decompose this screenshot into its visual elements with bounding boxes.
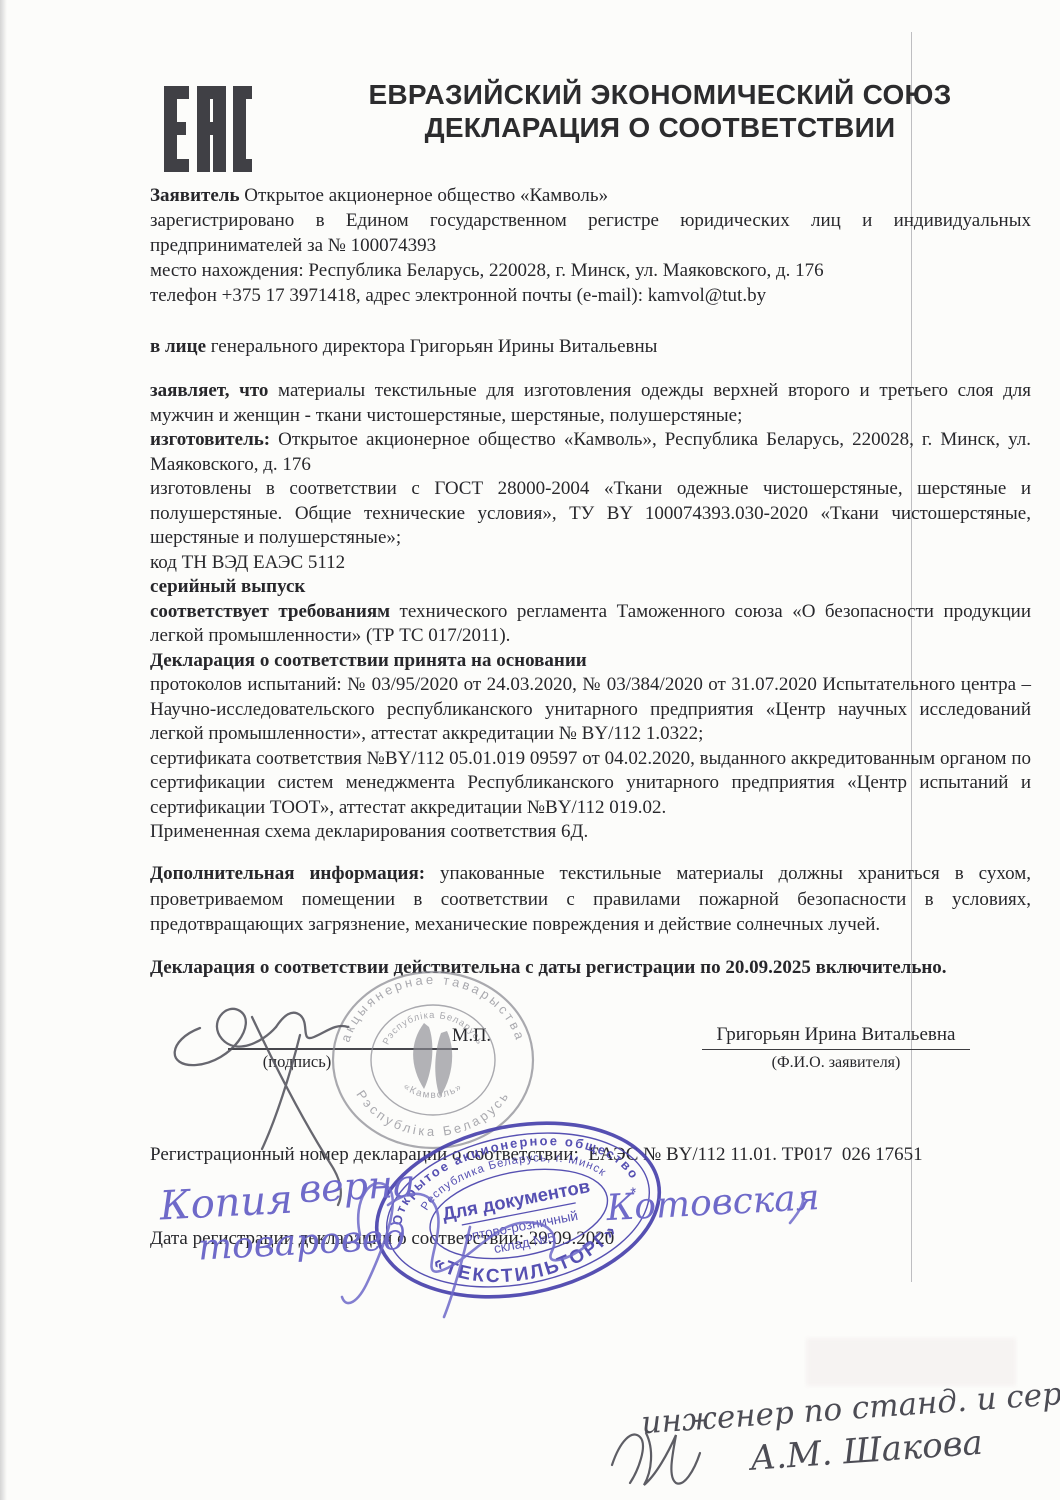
basis-heading: Декларация о соответствии принята на осн… — [150, 649, 1031, 674]
stamps-and-handwriting-overlay: акцыянернае таварыства Рэспубліка Белару… — [0, 905, 1060, 1500]
representative-line: в лице генерального директора Григорьян … — [150, 334, 1031, 360]
representative-section: в лице генерального директора Григорьян … — [150, 334, 1031, 360]
gray-stamp-inner-arc-bottom: «Камволь» — [401, 1081, 465, 1101]
additional-info-label: Дополнительная информация: — [150, 863, 425, 884]
manufacturer-text: Открытое акционерное общество «Камволь»,… — [150, 429, 1031, 475]
svg-text:акцыянернае таварыства: акцыянернае таварыства — [338, 972, 529, 1044]
declares-label: заявляет, что — [150, 380, 268, 401]
standards-paragraph: изготовлены в соответствии с ГОСТ 28000-… — [150, 477, 1031, 551]
document-title: ЕВРАЗИЙСКИЙ ЭКОНОМИЧЕСКИЙ СОЮЗ ДЕКЛАРАЦИ… — [310, 78, 1010, 144]
svg-text:«Камволь»: «Камволь» — [401, 1081, 465, 1101]
engineer-signature-scribble — [612, 1433, 700, 1485]
eac-mark-icon — [162, 84, 254, 176]
applicant-contacts: телефон +375 17 3971418, адрес электронн… — [150, 283, 1031, 308]
declares-paragraph: заявляет, что материалы текстильные для … — [150, 379, 1031, 428]
applicant-line: Заявитель Открытое акционерное общество … — [150, 183, 1031, 208]
manufacturer-paragraph: изготовитель: Открытое акционерное общес… — [150, 428, 1031, 477]
compliance-paragraph: соответствует требованиям технического р… — [150, 600, 1031, 649]
representative-text: генерального директора Григорьян Ирины В… — [206, 336, 657, 357]
certificate-paragraph: сертификата соответствия №BY/112 05.01.0… — [150, 747, 1031, 821]
copy-word1: Копия — [158, 1177, 294, 1230]
title-line-union: ЕВРАЗИЙСКИЙ ЭКОНОМИЧЕСКИЙ СОЮЗ — [310, 78, 1010, 111]
compliance-label: соответствует требованиям — [150, 601, 390, 622]
kamvol-flame-logo — [413, 1023, 452, 1097]
representative-label: в лице — [150, 336, 206, 357]
copy-signer-name: Котовская — [604, 1177, 820, 1229]
declaration-body: заявляет, что материалы текстильные для … — [150, 379, 1031, 845]
protocols-paragraph: протоколов испытаний: № 03/95/2020 от 24… — [150, 673, 1031, 747]
release-type: серийный выпуск — [150, 575, 1031, 600]
gray-round-stamp: акцыянернае таварыства Рэспубліка Белару… — [333, 972, 533, 1148]
engineer-handwriting: инженер по станд. и серт. А.М. Шакова — [640, 1373, 1060, 1486]
declares-text: материалы текстильные для изготовления о… — [150, 380, 1031, 426]
title-line-declaration: ДЕКЛАРАЦИЯ О СООТВЕТСТВИИ — [310, 111, 1010, 144]
applicant-section: Заявитель Открытое акционерное общество … — [150, 183, 1031, 308]
copy-word2: верна — [298, 1161, 417, 1211]
tnved-code: код ТН ВЭД ЕАЭС 5112 — [150, 551, 1031, 576]
applicant-registration: зарегистрировано в Едином государственно… — [150, 208, 1031, 258]
gray-stamp-arc-top: акцыянернае таварыства — [338, 972, 529, 1044]
declaration-document: ЕВРАЗИЙСКИЙ ЭКОНОМИЧЕСКИЙ СОЮЗ ДЕКЛАРАЦИ… — [0, 0, 1060, 1500]
scheme-line: Примененная схема декларирования соответ… — [150, 820, 1031, 845]
manufacturer-label: изготовитель: — [150, 429, 270, 450]
applicant-location: место нахождения: Республика Беларусь, 2… — [150, 258, 1031, 283]
applicant-name: Открытое акционерное общество «Камволь» — [240, 185, 609, 206]
applicant-label: Заявитель — [150, 185, 240, 206]
